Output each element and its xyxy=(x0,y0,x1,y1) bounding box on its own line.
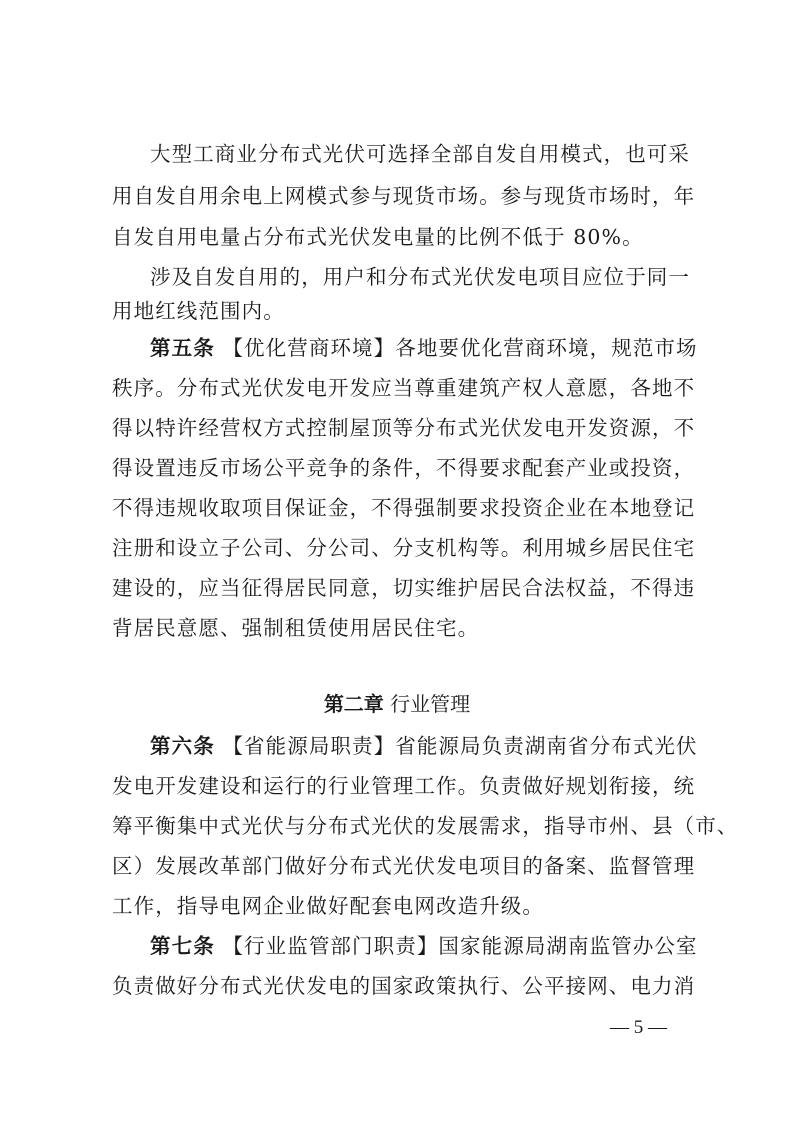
article-6-first-line: 第六条 【省能源局职责】省能源局负责湖南省分布式光伏 xyxy=(150,732,692,760)
text-line: 负责做好分布式光伏发电的国家政策执行、公平接网、电力消 xyxy=(112,972,692,1000)
article-lead: 【优化营商环境】各地要优化营商环境，规范市场 xyxy=(222,336,697,360)
article-lead: 【行业监管部门职责】国家能源局湖南监管办公室 xyxy=(222,934,697,958)
text-line: 工作，指导电网企业做好配套电网改造升级。 xyxy=(112,892,692,920)
chapter-title: 第二章 行业管理 xyxy=(0,690,794,718)
text-line: 建设的，应当征得居民同意，切实维护居民合法权益，不得违 xyxy=(112,574,692,602)
article-lead: 【省能源局职责】省能源局负责湖南省分布式光伏 xyxy=(222,734,697,758)
text-line: 注册和设立子公司、分公司、分支机构等。利用城乡居民住宅 xyxy=(112,534,692,562)
article-7-first-line: 第七条 【行业监管部门职责】国家能源局湖南监管办公室 xyxy=(150,932,692,960)
text-line: 大型工商业分布式光伏可选择全部自发自用模式，也可采 xyxy=(150,140,692,168)
text-line: 用地红线范围内。 xyxy=(112,297,692,325)
text-line: 发电开发建设和运行的行业管理工作。负责做好规划衔接，统 xyxy=(112,772,692,800)
text-line: 用自发自用余电上网模式参与现货市场。参与现货市场时，年 xyxy=(112,182,692,210)
article-heading: 第六条 xyxy=(150,734,215,758)
text-line: 筹平衡集中式光伏与分布式光伏的发展需求，指导市州、县（市、 xyxy=(112,812,692,840)
text-line: 秩序。分布式光伏发电开发应当尊重建筑产权人意愿，各地不 xyxy=(112,374,692,402)
text-line: 不得违规收取项目保证金，不得强制要求投资企业在本地登记 xyxy=(112,494,692,522)
article-heading: 第七条 xyxy=(150,934,215,958)
text-line: 得设置违反市场公平竞争的条件，不得要求配套产业或投资， xyxy=(112,454,692,482)
chapter-number: 第二章 xyxy=(324,692,384,716)
chapter-name: 行业管理 xyxy=(390,692,470,716)
text-line: 背居民意愿、强制租赁使用居民住宅。 xyxy=(112,614,692,642)
text-line: 自发自用电量占分布式光伏发电量的比例不低于 80%。 xyxy=(112,223,692,251)
page-number: — 5 — xyxy=(610,1015,667,1041)
article-heading: 第五条 xyxy=(150,336,215,360)
text-line: 涉及自发自用的，用户和分布式光伏发电项目应位于同一 xyxy=(150,263,692,291)
article-5-first-line: 第五条 【优化营商环境】各地要优化营商环境，规范市场 xyxy=(150,334,692,362)
text-line: 区）发展改革部门做好分布式光伏发电项目的备案、监督管理 xyxy=(112,852,692,880)
text-line: 得以特许经营权方式控制屋顶等分布式光伏发电开发资源，不 xyxy=(112,414,692,442)
